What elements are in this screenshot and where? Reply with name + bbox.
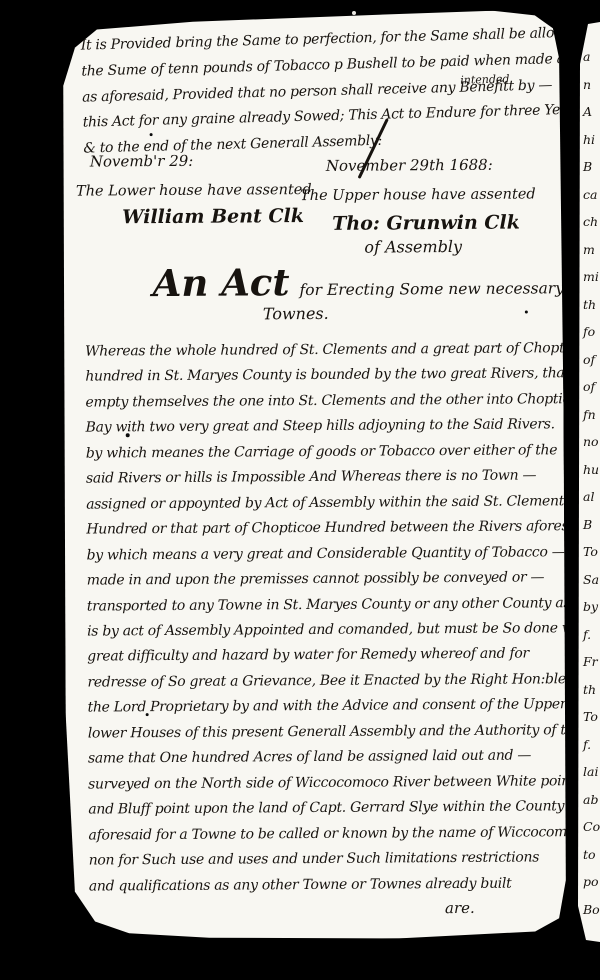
ink-speck [150, 133, 153, 136]
manuscript-line: empty themselves the one into St. Clemen… [85, 387, 561, 416]
page-fragment: n [583, 78, 600, 91]
dust-speck [352, 11, 356, 15]
manuscript-line: Bay with two very great and Steep hills … [86, 413, 562, 442]
clerk-signature-right-line2: of Assembly [364, 234, 536, 259]
manuscript-line: redresse of So great a Grievance, Bee it… [87, 667, 563, 696]
act-heading-rest: for Erecting Some new necessary [299, 279, 564, 299]
next-page-fragments: anAhiBcachmmithfoofoffnnohualBToSabyf.Fr… [583, 50, 600, 916]
page-fragment: fn [583, 408, 600, 421]
scanned-manuscript-photo: It is Provided bring the Same to perfect… [0, 0, 600, 980]
manuscript-line: by which meanes the Carriage of goods or… [86, 438, 562, 467]
page-fragment: Co [583, 820, 600, 833]
lower-house-attestation: Novemb'r 29: The Lower house have assent… [76, 148, 312, 230]
page-fragment: of [583, 353, 600, 366]
ink-speck [146, 713, 149, 716]
page-fragment: hu [583, 463, 600, 476]
page-fragment: f. [583, 628, 600, 641]
ink-speck [126, 433, 130, 437]
page-fragment: ch [583, 215, 600, 228]
page-fragment: po [583, 875, 600, 888]
manuscript-line: hundred in St. Maryes County is bounded … [85, 362, 561, 391]
upper-house-attestation: November 29th 1688: The Upper house have… [300, 152, 536, 260]
manuscript-line: surveyed on the North side of Wiccocomoc… [88, 769, 564, 798]
page-fragment: by [583, 600, 600, 613]
manuscript-line: Whereas the whole hundred of St. Clement… [85, 336, 561, 365]
page-fragment: m [583, 243, 600, 256]
manuscript-line: and Bluff point upon the land of Capt. G… [88, 794, 564, 823]
manuscript-line: and qualifications as any other Towne or… [89, 871, 565, 900]
page-fragment: Sa [583, 573, 600, 586]
page-fragment: of [583, 380, 600, 393]
page-fragment: To [583, 710, 600, 723]
page-fragment: ca [583, 188, 600, 201]
page-fragment: Fr [583, 655, 600, 668]
page-fragment: a [583, 50, 600, 63]
manuscript-line: by which means a very great and Consider… [86, 540, 562, 569]
page-fragment: no [583, 435, 600, 448]
attestation-date-right: November 29th 1688: [326, 152, 536, 177]
act-heading-line1: An Act for Erecting Some new necessary [152, 258, 564, 305]
final-word: are. [445, 899, 475, 917]
manuscript-line: transported to any Towne in St. Maryes C… [87, 591, 563, 620]
attestation-date-left: Novemb'r 29: [90, 148, 312, 174]
manuscript-page: It is Provided bring the Same to perfect… [53, 10, 567, 944]
manuscript-line: is by act of Assembly Appointed and coma… [87, 616, 563, 645]
page-fragment: th [583, 683, 600, 696]
manuscript-line: great difficulty and hazard by water for… [87, 642, 563, 671]
page-fragment: f. [583, 738, 600, 751]
clerk-signature-left: William Bent Clk [122, 204, 312, 229]
manuscript-line: lower Houses of this present Generall As… [88, 718, 564, 747]
manuscript-line: assigned or appoynted by Act of Assembly… [86, 489, 562, 518]
next-page-edge: anAhiBcachmmithfoofoffnnohualBToSabyf.Fr… [578, 22, 600, 942]
act-body-text: Whereas the whole hundred of St. Clement… [85, 336, 565, 899]
manuscript-line: same that One hundred Acres of land be a… [88, 743, 564, 772]
manuscript-line: non for Such use and uses and under Such… [89, 845, 565, 874]
page-fragment: To [583, 545, 600, 558]
page-fragment: to [583, 848, 600, 861]
act-heading: An Act for Erecting Some new necessary T… [152, 258, 564, 324]
manuscript-line: said Rivers or hills is Impossible And W… [86, 464, 562, 493]
act-heading-line2: Townes. [263, 302, 564, 323]
page-fragment: lai [583, 765, 600, 778]
manuscript-line: made in and upon the premisses cannot po… [87, 565, 563, 594]
page-fragment: Bo [583, 903, 600, 916]
page-fragment: mi [583, 270, 600, 283]
page-fragment: th [583, 298, 600, 311]
manuscript-line: aforesaid for a Towne to be called or kn… [88, 820, 564, 849]
act-heading-lead: An Act [152, 260, 289, 305]
page-fragment: al [583, 490, 600, 503]
page-fragment: B [583, 518, 600, 531]
attestation-assent-right: The Upper house have assented [300, 182, 536, 208]
ink-speck [525, 310, 528, 313]
attestation-assent-left: The Lower house have assented [76, 178, 312, 204]
page-fragment: ab [583, 793, 600, 806]
page-fragment: hi [583, 133, 600, 146]
closing-passage: It is Provided bring the Same to perfect… [80, 21, 557, 162]
manuscript-line: Hundred or that part of Chopticoe Hundre… [86, 514, 562, 543]
clerk-signature-right: Tho: Grunwin Clk [332, 210, 536, 235]
manuscript-line: the Lord Proprietary by and with the Adv… [88, 693, 564, 722]
page-fragment: B [583, 160, 600, 173]
page-fragment: A [583, 105, 600, 118]
page-fragment: fo [583, 325, 600, 338]
